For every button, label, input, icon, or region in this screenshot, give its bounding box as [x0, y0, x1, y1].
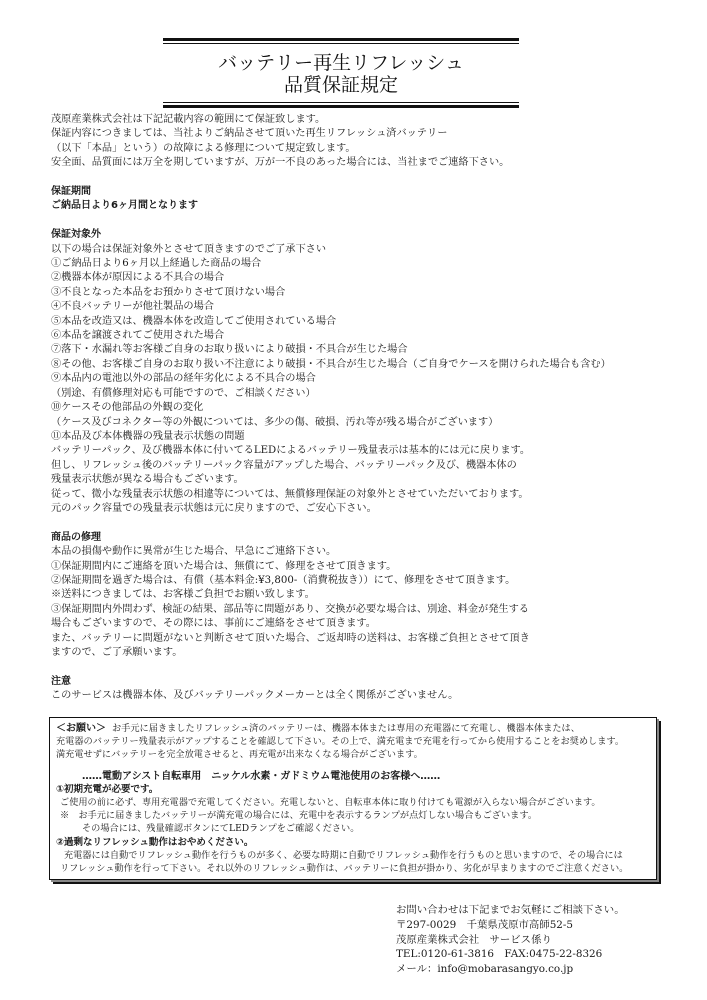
document-title: バッテリー再生リフレッシュ 品質保証規定	[163, 44, 519, 102]
initial-charge-text: ご使用の前に必ず、専用充電器で充電してください。充電しないと、自転車本体に取り付…	[56, 796, 650, 809]
notice-line: 充電器のバッテリー残量表示がアップすることを確認して下さい。その上で、満充電まで…	[56, 735, 650, 748]
contact-email: メール：info@mobarasangyo.co.jp	[396, 962, 625, 977]
exclusion-item: ⑨本品内の電池以外の部品の経年劣化による不具合の場合	[51, 372, 671, 386]
intro-section: 茂原産業株式会社は下記記載内容の範囲にて保証致します。 保証内容につきましては、…	[51, 113, 671, 171]
title-rule-top-thick	[163, 38, 519, 41]
exclusion-item: ③不良となった本品をお預かりさせて頂けない場合	[51, 286, 671, 300]
warranty-period-heading: 保証期間	[51, 185, 671, 199]
notice-label: ＜お願い＞	[56, 723, 106, 734]
warranty-period-section: 保証期間 ご納品日より6ヶ月間となります	[51, 185, 671, 214]
exclusion-item: 従って、微小な残量表示状態の相違等については、無償修理保証の対象外とさせていただ…	[51, 488, 671, 502]
repair-line: ※送料につきましては、お客様ご負担でお願い致します。	[51, 588, 671, 602]
contact-block: お問い合わせは下記までお気軽にご相談下さい。 〒297-0029 千葉県茂原市高…	[396, 903, 625, 977]
notice-text: お手元に届きましたリフレッシュ済のバッテリーは、機器本体または専用の充電器にて充…	[112, 723, 580, 734]
exclusion-item: ⑩ケースその他部品の外観の変化	[51, 401, 671, 415]
repair-line: 本品の損傷や動作に異常が生じた場合、早急にご連絡下さい。	[51, 545, 671, 559]
exclusion-item: ⑪本品及び本体機器の残量表示状態の問題	[51, 430, 671, 444]
title-line-2: 品質保証規定	[163, 74, 519, 96]
intro-line: 安全面、品質面には万全を期していますが、万が一不良のあった場合には、当社までご連…	[51, 156, 671, 170]
document-body: 茂原産業株式会社は下記記載内容の範囲にて保証致します。 保証内容につきましては、…	[51, 113, 671, 704]
exclusions-heading: 保証対象外	[51, 228, 671, 242]
exclusion-item: （別途、有償修理対応も可能ですので、ご相談ください）	[51, 387, 671, 401]
repair-line: ますので、ご了承願います。	[51, 646, 671, 660]
exclusion-item: ②機器本体が原因による不具合の場合	[51, 271, 671, 285]
exclusion-item: ④不良バッテリーが他社製品の場合	[51, 300, 671, 314]
exclusion-item: ⑦落下・水漏れ等お客様ご自身のお取り扱いにより破損・不具合が生じた場合	[51, 343, 671, 357]
exclusion-item: 元のパック容量での残量表示状態は元に戻りますので、ご安心下さい。	[51, 502, 671, 516]
refresh-warning-heading: ②過剰なリフレッシュ動作はおやめください。	[56, 836, 650, 849]
title-block: バッテリー再生リフレッシュ 品質保証規定	[163, 38, 519, 108]
warranty-period-text: ご納品日より6ヶ月間となります	[51, 199, 671, 213]
exclusion-item: ①ご納品日より6ヶ月以上経過した商品の場合	[51, 257, 671, 271]
caution-text: このサービスは機器本体、及びバッテリーパックメーカーとは全く関係がございません。	[51, 689, 671, 703]
intro-line: （以下「本品」という）の故障による修理について規定致します。	[51, 142, 671, 156]
exclusion-item: （ケース及びコネクター等の外観については、多少の傷、破損、汚れ等が残る場合がござ…	[51, 416, 671, 430]
exclusion-item: ⑥本品を譲渡されてご使用された場合	[51, 329, 671, 343]
refresh-warning-text: リフレッシュ動作を行って下さい。それ以外のリフレッシュ動作は、バッテリーに負担が…	[56, 862, 650, 875]
contact-lead: お問い合わせは下記までお気軽にご相談下さい。	[396, 903, 625, 918]
repair-line: ③保証期間内外問わず、検証の結果、部品等に問題があり、交換が必要な場合は、別途、…	[51, 603, 671, 617]
contact-phone-fax: TEL:0120-61-3816 FAX:0475-22-8326	[396, 947, 625, 962]
exclusions-lead: 以下の場合は保証対象外とさせて頂きますのでご了承下さい	[51, 243, 671, 257]
title-rule-bottom-thick	[163, 105, 519, 108]
e-bike-notice-heading: ……電動アシスト自転車用 ニッケル水素・ガドミウム電池使用のお客様へ……	[56, 770, 650, 783]
repair-line: また、バッテリーに問題がないと判断させて頂いた場合、ご返却時の送料は、お客様ご負…	[51, 632, 671, 646]
notice-box: ＜お願い＞お手元に届きましたリフレッシュ済のバッテリーは、機器本体または専用の充…	[49, 717, 657, 880]
repair-line: ①保証期間内にご連絡を頂いた場合は、無償にて、修理をさせて頂きます。	[51, 560, 671, 574]
exclusion-item: バッテリーパック、及び機器本体に付いてるLEDによるバッテリー残量表示は基本的に…	[51, 444, 671, 458]
caution-heading: 注意	[51, 675, 671, 689]
exclusion-item: ⑤本品を改造又は、機器本体を改造してご使用されている場合	[51, 315, 671, 329]
exclusion-item: 残量表示状態が異なる場合もございます。	[51, 473, 671, 487]
repair-heading: 商品の修理	[51, 531, 671, 545]
caution-section: 注意 このサービスは機器本体、及びバッテリーパックメーカーとは全く関係がございま…	[51, 675, 671, 704]
title-rule-bottom-thin	[163, 102, 519, 103]
repair-line: ②保証期間を過ぎた場合は、有償（基本料金:¥3,800-（消費税抜き））にて、修…	[51, 574, 671, 588]
repair-line: 場合もございますので、その際には、事前にご連絡をさせて頂きます。	[51, 617, 671, 631]
intro-line: 茂原産業株式会社は下記記載内容の範囲にて保証致します。	[51, 113, 671, 127]
exclusion-item: ⑧その他、お客様ご自身のお取り扱い不注意により破損・不具合が生じた場合（ご自身で…	[51, 358, 671, 372]
notice-line: 満充電せずにバッテリーを完全放電させると、再充電が出来なくなる場合がございます。	[56, 748, 650, 761]
initial-charge-note: ※ お手元に届きましたバッテリーが満充電の場合には、充電中を表示するランプが点灯…	[56, 809, 650, 822]
contact-address: 〒297-0029 千葉県茂原市高師52-5	[396, 918, 625, 933]
exclusion-item: 但し、リフレッシュ後のバッテリーパック容量がアップした場合、バッテリーパック及び…	[51, 459, 671, 473]
title-line-1: バッテリー再生リフレッシュ	[163, 52, 519, 74]
intro-line: 保証内容につきましては、当社よりご納品させて頂いた再生リフレッシュ済バッテリー	[51, 127, 671, 141]
notice-line: ＜お願い＞お手元に届きましたリフレッシュ済のバッテリーは、機器本体または専用の充…	[56, 722, 650, 735]
initial-charge-note: その場合には、残量確認ボタンにてLEDランプをご確認ください。	[56, 822, 650, 835]
repair-section: 商品の修理 本品の損傷や動作に異常が生じた場合、早急にご連絡下さい。 ①保証期間…	[51, 531, 671, 661]
refresh-warning-text: 充電器には自動でリフレッシュ動作を行うものが多く、必要な時期に自動でリフレッシュ…	[56, 849, 650, 862]
initial-charge-heading: ①初期充電が必要です。	[56, 783, 650, 796]
exclusions-section: 保証対象外 以下の場合は保証対象外とさせて頂きますのでご了承下さい ①ご納品日よ…	[51, 228, 671, 516]
contact-company: 茂原産業株式会社 サービス係り	[396, 933, 625, 948]
